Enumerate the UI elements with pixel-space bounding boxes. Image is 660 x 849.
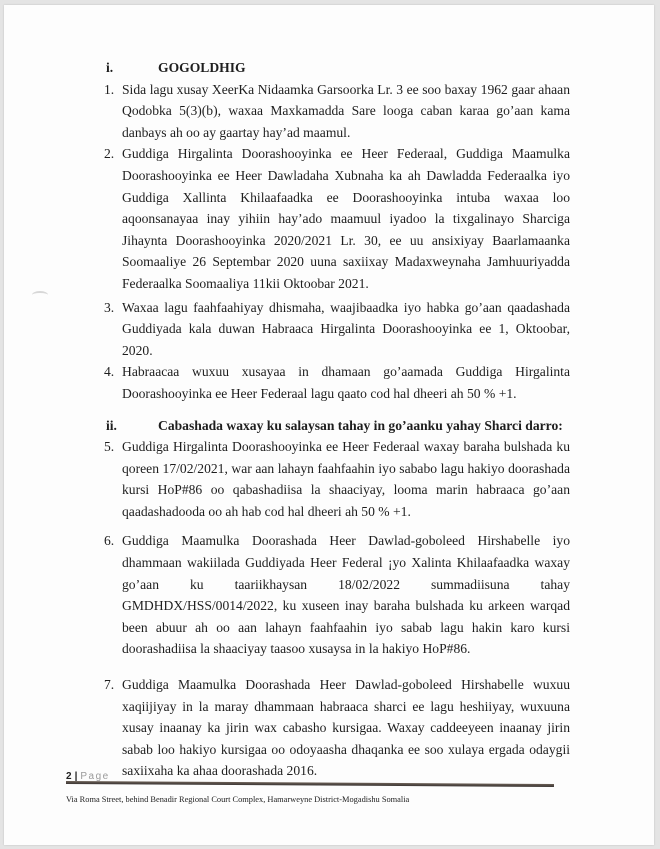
item-text: Guddiga Maamulka Doorashada Heer Dawlad-…	[122, 674, 570, 782]
item-number: 1.	[104, 79, 122, 144]
item-number: 6.	[104, 530, 122, 660]
page-number-value: 2	[66, 771, 72, 782]
item-text: Guddiga Maamulka Doorashada Heer Dawlad-…	[122, 530, 570, 660]
section-heading-ii: ii. Cabashada waxay ku salaysan tahay in…	[106, 415, 570, 437]
item-text: Sida lagu xusay XeerKa Nidaamka Garsoork…	[122, 79, 570, 144]
document-page: i. GOGOLDHIG 1. Sida lagu xusay XeerKa N…	[4, 5, 654, 845]
page-label: Page	[80, 771, 109, 782]
item-number: 2.	[104, 143, 122, 294]
list-item: 2. Guddiga Hirgalinta Doorashooyinka ee …	[104, 143, 570, 294]
page-separator: |	[75, 771, 78, 782]
list-item: 5. Guddiga Hirgalinta Doorashooyinka ee …	[104, 436, 570, 522]
section-numeral: ii.	[106, 415, 158, 437]
section-title: GOGOLDHIG	[158, 57, 246, 79]
item-text: Habraacaa wuxuu xusayaa in dhamaan go’aa…	[122, 361, 570, 404]
item-number: 7.	[104, 674, 122, 782]
document-body: i. GOGOLDHIG 1. Sida lagu xusay XeerKa N…	[106, 57, 570, 782]
footer-address: Via Roma Street, behind Benadir Regional…	[66, 795, 409, 804]
page-number: 2 | Page	[66, 771, 110, 782]
section-heading-i: i. GOGOLDHIG	[106, 57, 570, 79]
section-title: Cabashada waxay ku salaysan tahay in go’…	[158, 415, 563, 437]
scan-mark	[32, 291, 48, 299]
list-item: 6. Guddiga Maamulka Doorashada Heer Dawl…	[104, 530, 570, 660]
list-item: 4. Habraacaa wuxuu xusayaa in dhamaan go…	[104, 361, 570, 404]
item-number: 4.	[104, 361, 122, 404]
item-number: 5.	[104, 436, 122, 522]
list-item: 3. Waxaa lagu faahfaahiyay dhismaha, waa…	[104, 297, 570, 362]
list-item: 7. Guddiga Maamulka Doorashada Heer Dawl…	[104, 674, 570, 782]
item-number: 3.	[104, 297, 122, 362]
item-text: Guddiga Hirgalinta Doorashooyinka ee Hee…	[122, 436, 570, 522]
item-text: Guddiga Hirgalinta Doorashooyinka ee Hee…	[122, 143, 570, 294]
list-item: 1. Sida lagu xusay XeerKa Nidaamka Garso…	[104, 79, 570, 144]
item-text: Waxaa lagu faahfaahiyay dhismaha, waajib…	[122, 297, 570, 362]
section-numeral: i.	[106, 57, 158, 79]
